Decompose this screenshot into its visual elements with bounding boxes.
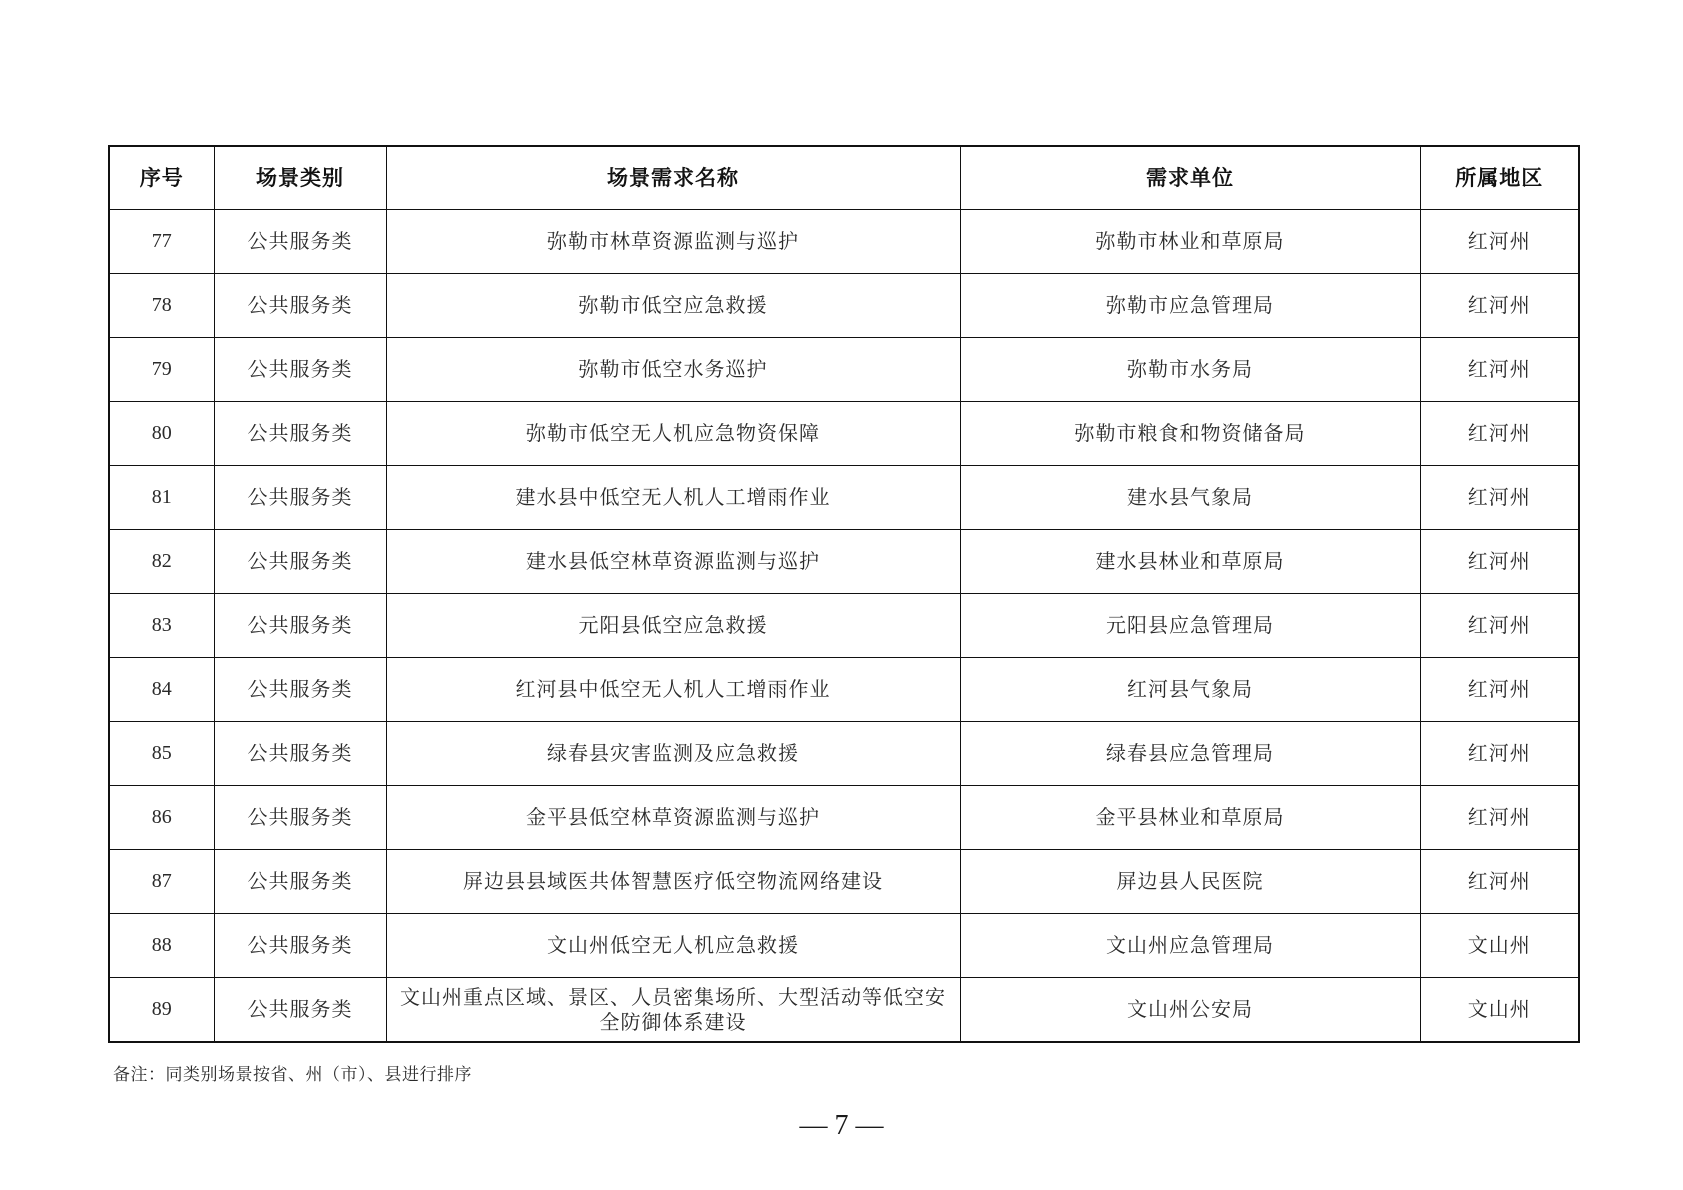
cell-region: 红河州 xyxy=(1420,722,1579,786)
cell-category: 公共服务类 xyxy=(214,530,386,594)
cell-region: 红河州 xyxy=(1420,466,1579,530)
table-row: 80 公共服务类 弥勒市低空无人机应急物资保障 弥勒市粮食和物资储备局 红河州 xyxy=(109,402,1579,466)
cell-category: 公共服务类 xyxy=(214,466,386,530)
cell-scene-name: 建水县中低空无人机人工增雨作业 xyxy=(386,466,960,530)
cell-index: 79 xyxy=(109,338,214,402)
cell-demand-unit: 弥勒市林业和草原局 xyxy=(960,210,1420,274)
table-row: 89 公共服务类 文山州重点区域、景区、人员密集场所、大型活动等低空安全防御体系… xyxy=(109,978,1579,1043)
document-page: 序号 场景类别 场景需求名称 需求单位 所属地区 77 公共服务类 弥勒市林草资… xyxy=(0,0,1683,1190)
cell-demand-unit: 弥勒市应急管理局 xyxy=(960,274,1420,338)
header-region: 所属地区 xyxy=(1420,146,1579,210)
cell-scene-name: 文山州重点区域、景区、人员密集场所、大型活动等低空安全防御体系建设 xyxy=(386,978,960,1043)
header-category: 场景类别 xyxy=(214,146,386,210)
cell-scene-name: 建水县低空林草资源监测与巡护 xyxy=(386,530,960,594)
cell-index: 77 xyxy=(109,210,214,274)
page-number: — 7 — xyxy=(0,1110,1683,1142)
table-row: 82 公共服务类 建水县低空林草资源监测与巡护 建水县林业和草原局 红河州 xyxy=(109,530,1579,594)
cell-category: 公共服务类 xyxy=(214,594,386,658)
cell-demand-unit: 文山州应急管理局 xyxy=(960,914,1420,978)
cell-demand-unit: 弥勒市水务局 xyxy=(960,338,1420,402)
cell-region: 红河州 xyxy=(1420,850,1579,914)
cell-region: 红河州 xyxy=(1420,402,1579,466)
cell-index: 84 xyxy=(109,658,214,722)
cell-scene-name: 弥勒市低空应急救援 xyxy=(386,274,960,338)
cell-demand-unit: 建水县气象局 xyxy=(960,466,1420,530)
cell-scene-name: 屏边县县域医共体智慧医疗低空物流网络建设 xyxy=(386,850,960,914)
cell-category: 公共服务类 xyxy=(214,978,386,1043)
table-row: 88 公共服务类 文山州低空无人机应急救援 文山州应急管理局 文山州 xyxy=(109,914,1579,978)
cell-category: 公共服务类 xyxy=(214,850,386,914)
table-row: 81 公共服务类 建水县中低空无人机人工增雨作业 建水县气象局 红河州 xyxy=(109,466,1579,530)
cell-region: 红河州 xyxy=(1420,338,1579,402)
cell-index: 78 xyxy=(109,274,214,338)
scenario-table: 序号 场景类别 场景需求名称 需求单位 所属地区 77 公共服务类 弥勒市林草资… xyxy=(108,145,1580,1043)
cell-scene-name: 金平县低空林草资源监测与巡护 xyxy=(386,786,960,850)
cell-region: 红河州 xyxy=(1420,658,1579,722)
cell-region: 红河州 xyxy=(1420,274,1579,338)
cell-demand-unit: 元阳县应急管理局 xyxy=(960,594,1420,658)
cell-demand-unit: 红河县气象局 xyxy=(960,658,1420,722)
table-row: 86 公共服务类 金平县低空林草资源监测与巡护 金平县林业和草原局 红河州 xyxy=(109,786,1579,850)
cell-index: 88 xyxy=(109,914,214,978)
cell-demand-unit: 绿春县应急管理局 xyxy=(960,722,1420,786)
cell-category: 公共服务类 xyxy=(214,914,386,978)
table-row: 84 公共服务类 红河县中低空无人机人工增雨作业 红河县气象局 红河州 xyxy=(109,658,1579,722)
cell-scene-name: 弥勒市低空无人机应急物资保障 xyxy=(386,402,960,466)
cell-category: 公共服务类 xyxy=(214,722,386,786)
cell-scene-name: 元阳县低空应急救援 xyxy=(386,594,960,658)
cell-category: 公共服务类 xyxy=(214,402,386,466)
header-index: 序号 xyxy=(109,146,214,210)
cell-scene-name: 绿春县灾害监测及应急救援 xyxy=(386,722,960,786)
table-row: 85 公共服务类 绿春县灾害监测及应急救援 绿春县应急管理局 红河州 xyxy=(109,722,1579,786)
cell-scene-name: 弥勒市林草资源监测与巡护 xyxy=(386,210,960,274)
cell-region: 红河州 xyxy=(1420,530,1579,594)
table-row: 79 公共服务类 弥勒市低空水务巡护 弥勒市水务局 红河州 xyxy=(109,338,1579,402)
header-scene-name: 场景需求名称 xyxy=(386,146,960,210)
cell-demand-unit: 金平县林业和草原局 xyxy=(960,786,1420,850)
cell-index: 81 xyxy=(109,466,214,530)
cell-demand-unit: 建水县林业和草原局 xyxy=(960,530,1420,594)
table-row: 83 公共服务类 元阳县低空应急救援 元阳县应急管理局 红河州 xyxy=(109,594,1579,658)
cell-category: 公共服务类 xyxy=(214,274,386,338)
cell-scene-name: 文山州低空无人机应急救援 xyxy=(386,914,960,978)
cell-demand-unit: 弥勒市粮食和物资储备局 xyxy=(960,402,1420,466)
cell-index: 87 xyxy=(109,850,214,914)
table-footnote: 备注：同类别场景按省、州（市）、县进行排序 xyxy=(113,1060,472,1085)
cell-scene-name: 弥勒市低空水务巡护 xyxy=(386,338,960,402)
cell-category: 公共服务类 xyxy=(214,338,386,402)
table-header-row: 序号 场景类别 场景需求名称 需求单位 所属地区 xyxy=(109,146,1579,210)
cell-category: 公共服务类 xyxy=(214,658,386,722)
cell-index: 89 xyxy=(109,978,214,1043)
cell-index: 85 xyxy=(109,722,214,786)
cell-region: 红河州 xyxy=(1420,594,1579,658)
table-row: 87 公共服务类 屏边县县域医共体智慧医疗低空物流网络建设 屏边县人民医院 红河… xyxy=(109,850,1579,914)
cell-index: 83 xyxy=(109,594,214,658)
table-row: 78 公共服务类 弥勒市低空应急救援 弥勒市应急管理局 红河州 xyxy=(109,274,1579,338)
cell-scene-name: 红河县中低空无人机人工增雨作业 xyxy=(386,658,960,722)
cell-region: 红河州 xyxy=(1420,210,1579,274)
cell-category: 公共服务类 xyxy=(214,786,386,850)
table-row: 77 公共服务类 弥勒市林草资源监测与巡护 弥勒市林业和草原局 红河州 xyxy=(109,210,1579,274)
cell-demand-unit: 屏边县人民医院 xyxy=(960,850,1420,914)
header-demand-unit: 需求单位 xyxy=(960,146,1420,210)
cell-category: 公共服务类 xyxy=(214,210,386,274)
cell-region: 文山州 xyxy=(1420,914,1579,978)
cell-demand-unit: 文山州公安局 xyxy=(960,978,1420,1043)
cell-region: 红河州 xyxy=(1420,786,1579,850)
cell-index: 80 xyxy=(109,402,214,466)
cell-region: 文山州 xyxy=(1420,978,1579,1043)
cell-index: 82 xyxy=(109,530,214,594)
cell-index: 86 xyxy=(109,786,214,850)
